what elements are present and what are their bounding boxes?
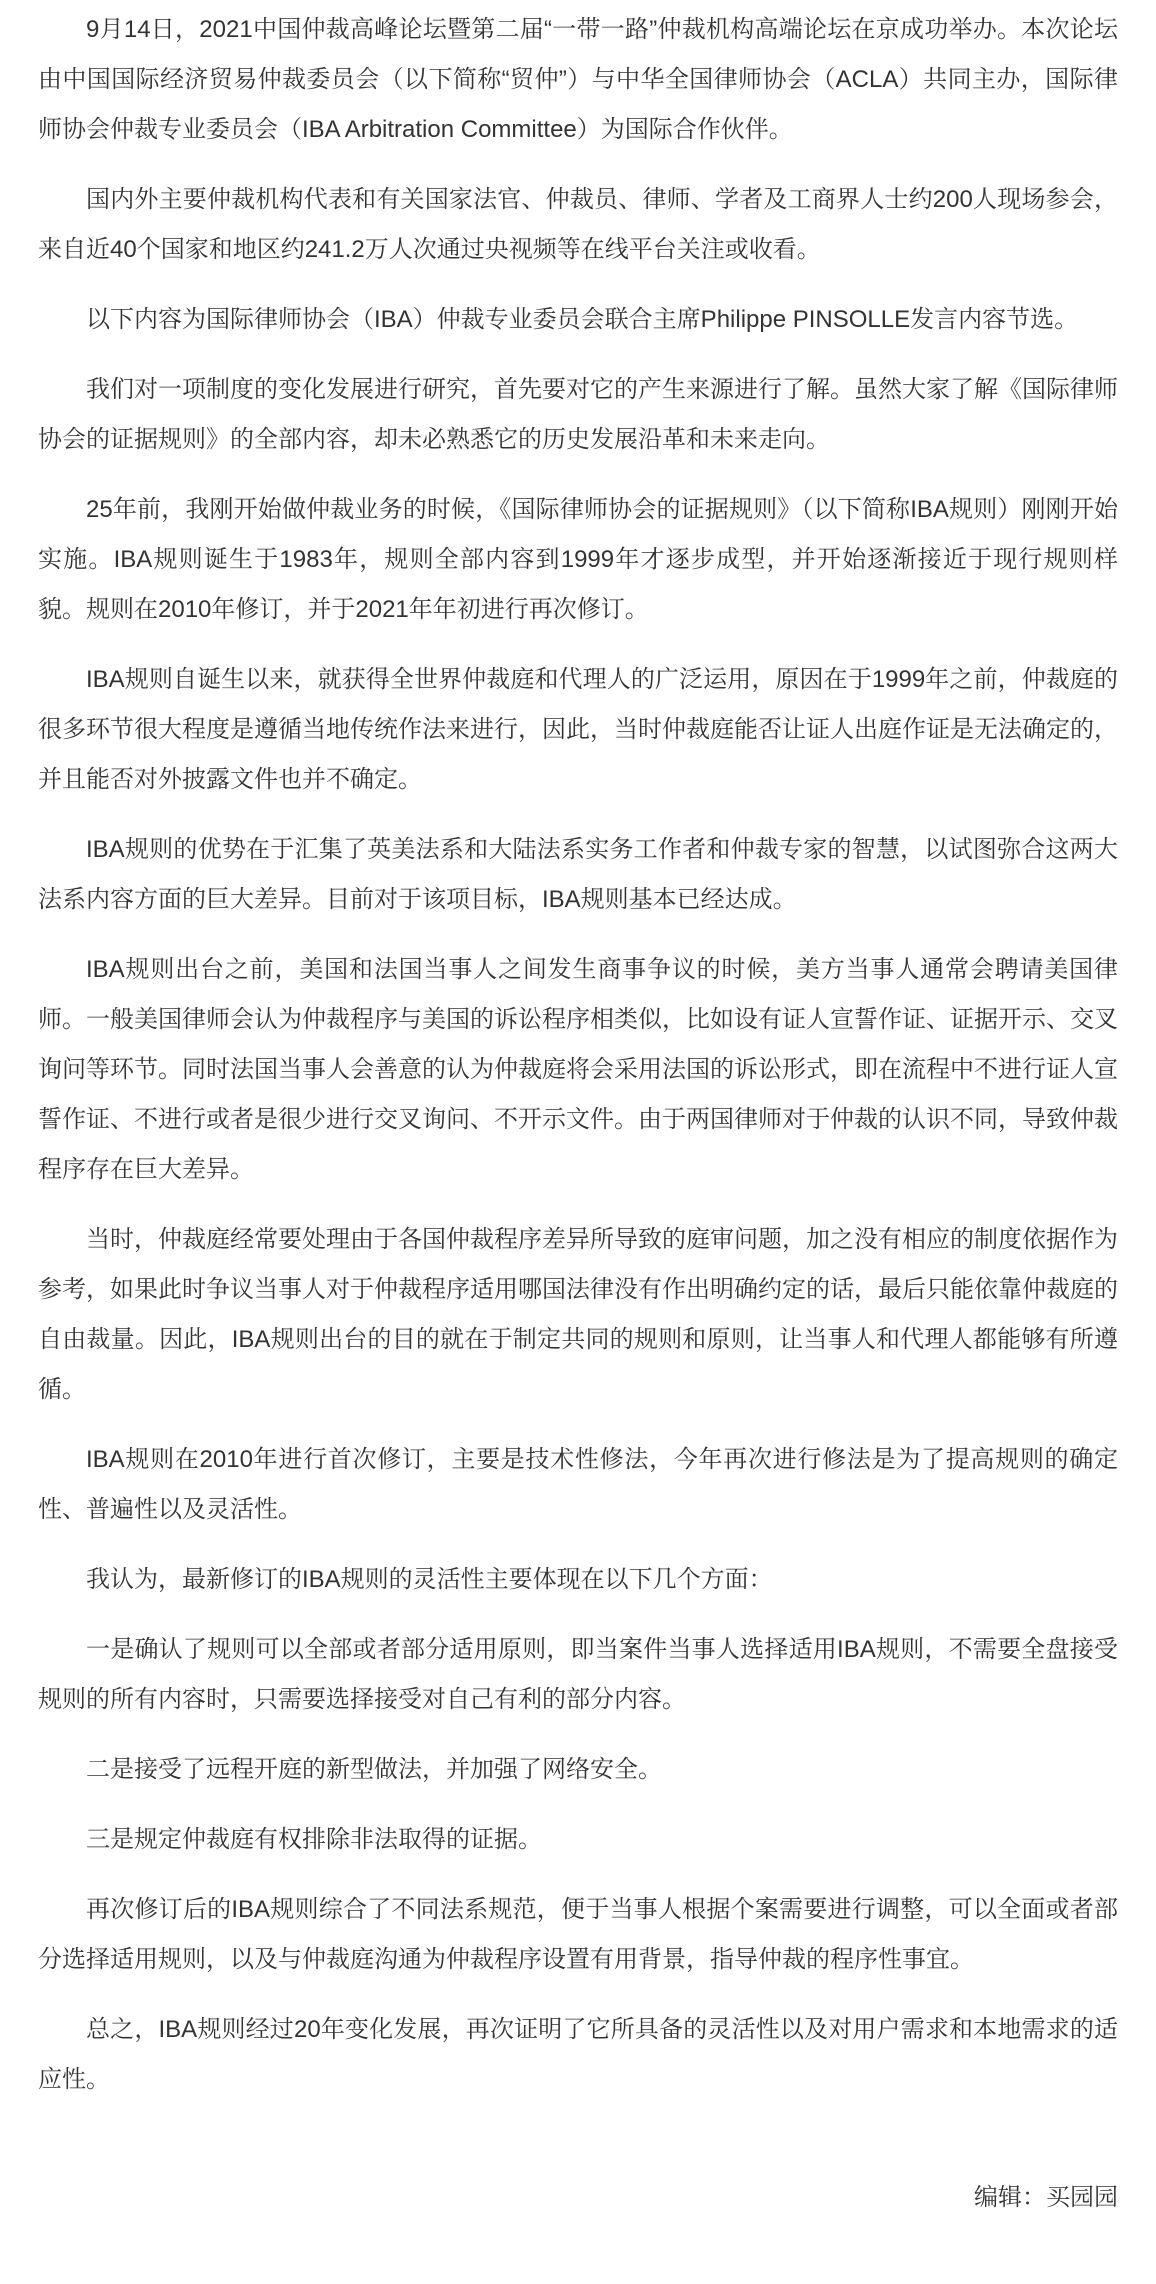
paragraph-history-25-years: 25年前，我刚开始做仲裁业务的时候，《国际律师协会的证据规则》（以下简称IBA规… [38,485,1118,635]
paragraph-intro-forum: 9月14日，2021中国仲裁高峰论坛暨第二届“一带一路”仲裁机构高端论坛在京成功… [38,5,1118,155]
paragraph-speaker-intro: 以下内容为国际律师协会（IBA）仲裁专业委员会联合主席Philippe PINS… [38,295,1118,345]
paragraph-revised-summary: 再次修订后的IBA规则综合了不同法系规范，便于当事人根据个案需要进行调整，可以全… [38,1885,1118,1985]
paragraph-wide-adoption: IBA规则自诞生以来，就获得全世界仲裁庭和代理人的广泛运用，原因在于1999年之… [38,655,1118,805]
article-body: 9月14日，2021中国仲裁高峰论坛暨第二届“一带一路”仲裁机构高端论坛在京成功… [0,0,1156,2247]
paragraph-revisions: IBA规则在2010年进行首次修订，主要是技术性修法，今年再次进行修法是为了提高… [38,1435,1118,1535]
editor-credit: 编辑：买园园 [38,2173,1118,2223]
paragraph-purpose: 当时，仲裁庭经常要处理由于各国仲裁程序差异所导致的庭审问题，加之没有相应的制度依… [38,1215,1118,1415]
paragraph-us-france-example: IBA规则出台之前，美国和法国当事人之间发生商事争议的时候，美方当事人通常会聘请… [38,945,1118,1195]
paragraph-point-one: 一是确认了规则可以全部或者部分适用原则，即当案件当事人选择适用IBA规则，不需要… [38,1625,1118,1725]
paragraph-research-origin: 我们对一项制度的变化发展进行研究，首先要对它的产生来源进行了解。虽然大家了解《国… [38,365,1118,465]
paragraph-attendance: 国内外主要仲裁机构代表和有关国家法官、仲裁员、律师、学者及工商界人士约200人现… [38,175,1118,275]
paragraph-conclusion: 总之，IBA规则经过20年变化发展，再次证明了它所具备的灵活性以及对用户需求和本… [38,2005,1118,2105]
paragraph-advantages: IBA规则的优势在于汇集了英美法系和大陆法系实务工作者和仲裁专家的智慧，以试图弥… [38,825,1118,925]
paragraph-point-three: 三是规定仲裁庭有权排除非法取得的证据。 [38,1815,1118,1865]
paragraph-flexibility-lead: 我认为，最新修订的IBA规则的灵活性主要体现在以下几个方面： [38,1555,1118,1605]
paragraph-point-two: 二是接受了远程开庭的新型做法，并加强了网络安全。 [38,1745,1118,1795]
